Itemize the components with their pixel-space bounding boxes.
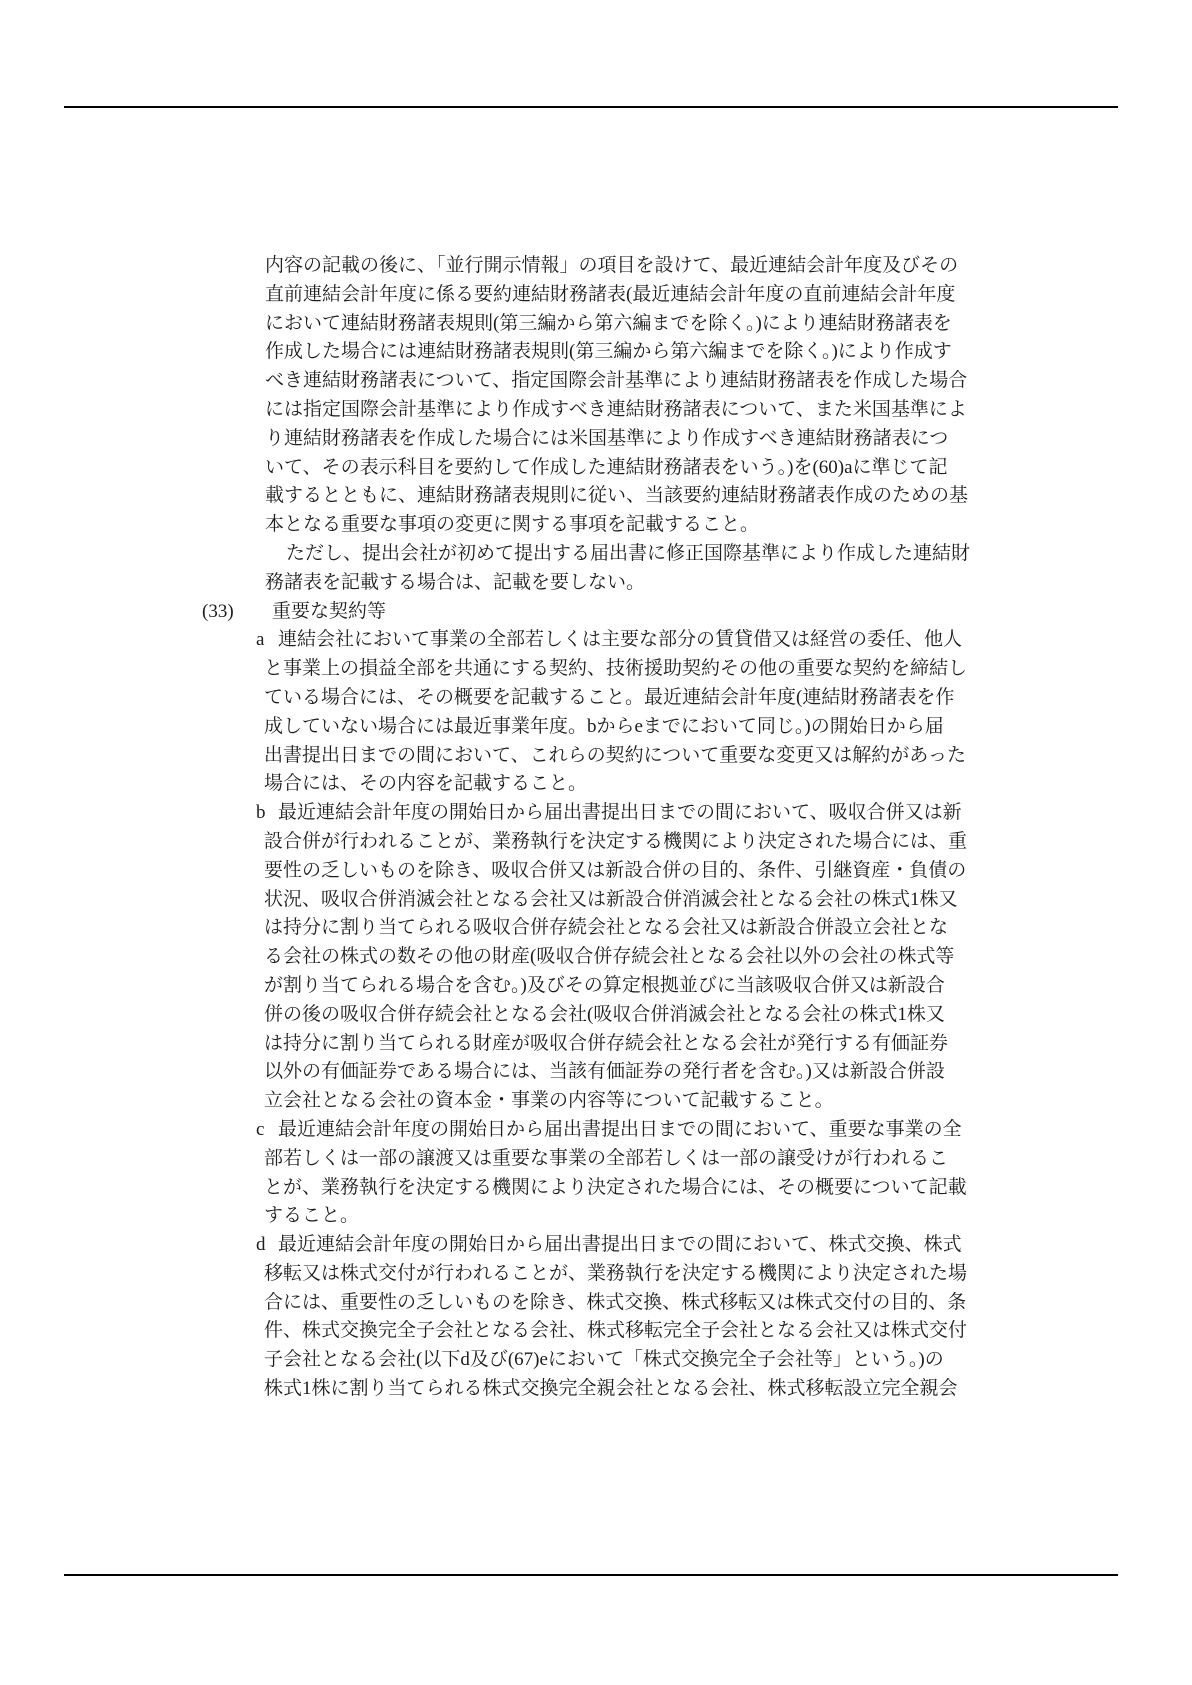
text-line: いて、その表示科目を要約して作成した連結財務諸表をいう。)を(60)aに準じて記	[265, 454, 1192, 483]
heading-line: (33)重要な契約等	[202, 598, 1192, 627]
bottom-rule	[64, 1574, 1118, 1576]
item-first-line: b最近連結会計年度の開始日から届出書提出日までの間において、吸収合併又は新	[256, 799, 1192, 828]
text-line: 最近連結会計年度の開始日から届出書提出日までの間において、重要な事業の全	[278, 1119, 962, 1140]
text-line: 本となる重要な事項の変更に関する事項を記載すること。	[265, 511, 1192, 540]
item-first-line: a連結会社において事業の全部若しくは主要な部分の賃貸借又は経営の委任、他人	[256, 626, 1192, 655]
text-line: る会社の株式の数その他の財産(吸収合併存続会社となる会社以外の会社の株式等	[264, 943, 1192, 972]
paragraph: d最近連結会計年度の開始日から届出書提出日までの間において、株式交換、株式移転又…	[0, 1231, 1192, 1404]
paragraph: a連結会社において事業の全部若しくは主要な部分の賃貸借又は経営の委任、他人と事業…	[0, 626, 1192, 799]
text-line: とが、業務執行を決定する機関により決定された場合には、その概要について記載	[264, 1174, 1192, 1203]
text-line: 務諸表を記載する場合は、記載を要しない。	[265, 569, 1192, 598]
text-line: 場合には、その内容を記載すること。	[264, 770, 1192, 799]
text-line: において連結財務諸表規則(第三編から第六編までを除く。)により連結財務諸表を	[265, 310, 1192, 339]
text-line: 状況、吸収合併消滅会社となる会社又は新設合併消滅会社となる会社の株式1株又	[264, 886, 1192, 915]
text-line: は持分に割り当てられる吸収合併存続会社となる会社又は新設合併設立会社とな	[264, 914, 1192, 943]
paragraph: 内容の記載の後に、「並行開示情報」の項目を設けて、最近連結会計年度及びその直前連…	[0, 252, 1192, 540]
text-line: 併の後の吸収合併存続会社となる会社(吸収合併消滅会社となる会社の株式1株又	[264, 1001, 1192, 1030]
paragraph: b最近連結会計年度の開始日から届出書提出日までの間において、吸収合併又は新設合併…	[0, 799, 1192, 1116]
item-letter: a	[256, 626, 278, 655]
item-first-line: d最近連結会計年度の開始日から届出書提出日までの間において、株式交換、株式	[256, 1231, 1192, 1260]
text-line: 件、株式交換完全子会社となる会社、株式移転完全子会社となる会社又は株式交付	[264, 1317, 1192, 1346]
text-line: 作成した場合には連結財務諸表規則(第三編から第六編までを除く。)により作成す	[265, 338, 1192, 367]
text-line: 子会社となる会社(以下d及び(67)eにおいて「株式交換完全子会社等」という。)…	[264, 1346, 1192, 1375]
text-block: 内容の記載の後に、「並行開示情報」の項目を設けて、最近連結会計年度及びその直前連…	[0, 252, 1192, 1404]
clause-heading: (33)重要な契約等	[0, 598, 1192, 627]
text-line: すること。	[264, 1202, 1192, 1231]
top-rule	[64, 106, 1118, 108]
text-line: 成していない場合には最近事業年度。bからeまでにおいて同じ。)の開始日から届	[264, 713, 1192, 742]
clause-number: (33)	[202, 598, 272, 627]
text-line: 要性の乏しいものを除き、吸収合併又は新設合併の目的、条件、引継資産・負債の	[264, 857, 1192, 886]
paragraph: ただし、提出会社が初めて提出する届出書に修正国際基準により作成した連結財務諸表を…	[0, 540, 1192, 598]
paragraph: c最近連結会計年度の開始日から届出書提出日までの間において、重要な事業の全部若し…	[0, 1116, 1192, 1231]
item-letter: b	[256, 799, 278, 828]
item-first-line: c最近連結会計年度の開始日から届出書提出日までの間において、重要な事業の全	[256, 1116, 1192, 1145]
text-line: 移転又は株式交付が行われることが、業務執行を決定する機関により決定された場	[264, 1260, 1192, 1289]
text-line: 最近連結会計年度の開始日から届出書提出日までの間において、吸収合併又は新	[278, 802, 962, 823]
text-line: べき連結財務諸表について、指定国際会計基準により連結財務諸表を作成した場合	[265, 367, 1192, 396]
text-line: り連結財務諸表を作成した場合には米国基準により作成すべき連結財務諸表につ	[265, 425, 1192, 454]
item-letter: c	[256, 1116, 278, 1145]
text-line: 連結会社において事業の全部若しくは主要な部分の賃貸借又は経営の委任、他人	[278, 629, 962, 650]
text-line: 載するとともに、連結財務諸表規則に従い、当該要約連結財務諸表作成のための基	[265, 482, 1192, 511]
text-line: 直前連結会計年度に係る要約連結財務諸表(最近連結会計年度の直前連結会計年度	[265, 281, 1192, 310]
text-line: 設合併が行われることが、業務執行を決定する機関により決定された場合には、重	[264, 828, 1192, 857]
text-line: が割り当てられる場合を含む。)及びその算定根拠並びに当該吸収合併又は新設合	[264, 972, 1192, 1001]
text-line: 株式1株に割り当てられる株式交換完全親会社となる会社、株式移転設立完全親会	[264, 1375, 1192, 1404]
text-line: ている場合には、その概要を記載すること。最近連結会計年度(連結財務諸表を作	[264, 684, 1192, 713]
text-line: 最近連結会計年度の開始日から届出書提出日までの間において、株式交換、株式	[278, 1234, 962, 1255]
text-line: ただし、提出会社が初めて提出する届出書に修正国際基準により作成した連結財	[265, 540, 1192, 569]
text-line: は持分に割り当てられる財産が吸収合併存続会社となる会社が発行する有価証券	[264, 1030, 1192, 1059]
clause-title: 重要な契約等	[272, 601, 386, 622]
text-line: 部若しくは一部の譲渡又は重要な事業の全部若しくは一部の譲受けが行われるこ	[264, 1145, 1192, 1174]
text-line: と事業上の損益全部を共通にする契約、技術援助契約その他の重要な契約を締結し	[264, 655, 1192, 684]
text-line: 合には、重要性の乏しいものを除き、株式交換、株式移転又は株式交付の目的、条	[264, 1289, 1192, 1318]
text-line: 立会社となる会社の資本金・事業の内容等について記載すること。	[264, 1087, 1192, 1116]
text-line: 出書提出日までの間において、これらの契約について重要な変更又は解約があった	[264, 742, 1192, 771]
document-page: 内容の記載の後に、「並行開示情報」の項目を設けて、最近連結会計年度及びその直前連…	[0, 0, 1192, 1685]
text-line: 以外の有価証券である場合には、当該有価証券の発行者を含む。)又は新設合併設	[264, 1058, 1192, 1087]
item-letter: d	[256, 1231, 278, 1260]
text-line: 内容の記載の後に、「並行開示情報」の項目を設けて、最近連結会計年度及びその	[265, 252, 1192, 281]
text-line: には指定国際会計基準により作成すべき連結財務諸表について、また米国基準によ	[265, 396, 1192, 425]
